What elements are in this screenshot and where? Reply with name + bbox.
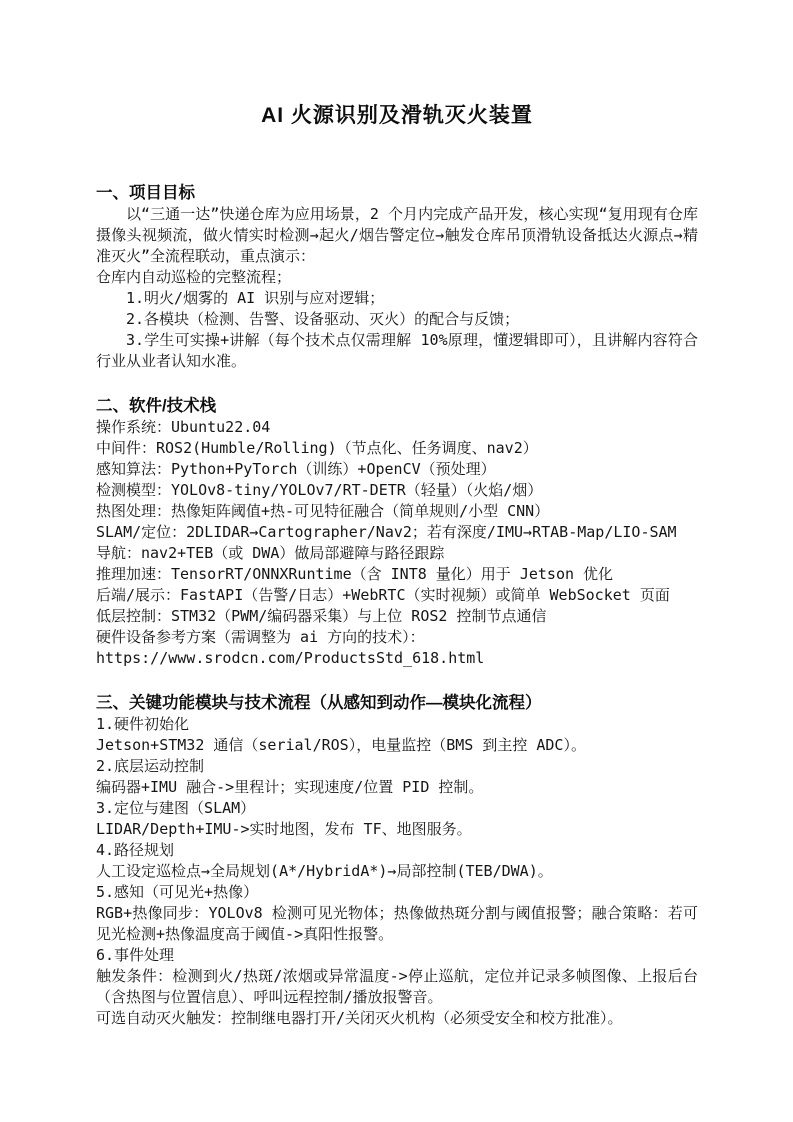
document-content: AI 火源识别及滑轨灭火装置 一、项目目标 以“三通一达”快递仓库为应用场景，2… <box>96 0 698 1029</box>
module-desc-event-handling: 触发条件：检测到火/热斑/浓烟或异常温度->停止巡航，定位并记录多帧图像、上报后… <box>96 966 698 1008</box>
module-desc-auto-extinguish: 可选自动灭火触发：控制继电器打开/关闭灭火机构（必须受安全和校方批准）。 <box>96 1008 698 1029</box>
module-title-path-planning: 4.路径规划 <box>96 840 698 861</box>
stack-line-slam: SLAM/定位：2DLIDAR→Cartographer/Nav2；若有深度/I… <box>96 522 698 543</box>
stack-line-backend: 后端/展示：FastAPI（告警/日志）+WebRTC（实时视频）或简单 Web… <box>96 585 698 606</box>
stack-line-low-level: 低层控制：STM32（PWM/编码器采集）与上位 ROS2 控制节点通信 <box>96 606 698 627</box>
section-software-stack: 二、软件/技术栈 操作系统：Ubuntu22.04 中间件：ROS2(Humbl… <box>96 396 698 669</box>
section-project-goals: 一、项目目标 以“三通一达”快递仓库为应用场景，2 个月内完成产品开发，核心实现… <box>96 183 698 372</box>
module-title-motion-control: 2.底层运动控制 <box>96 756 698 777</box>
hardware-reference-note: 硬件设备参考方案（需调整为 ai 方向的技术）： <box>96 627 698 648</box>
section-heading-project-goals: 一、项目目标 <box>96 183 698 204</box>
hardware-reference-url: https://www.srodcn.com/ProductsStd_618.h… <box>96 648 698 669</box>
numbered-item: 1.明火/烟雾的 AI 识别与应对逻辑； <box>96 288 698 309</box>
stack-line-os: 操作系统：Ubuntu22.04 <box>96 417 698 438</box>
section-key-modules: 三、关键功能模块与技术流程（从感知到动作—模块化流程） 1.硬件初始化 Jets… <box>96 693 698 1029</box>
stack-line-inference: 推理加速：TensorRT/ONNXRuntime（含 INT8 量化）用于 J… <box>96 564 698 585</box>
module-title-event-handling: 6.事件处理 <box>96 945 698 966</box>
module-title-perception: 5.感知（可见光+热像） <box>96 882 698 903</box>
module-desc-slam: LIDAR/Depth+IMU->实时地图，发布 TF、地图服务。 <box>96 819 698 840</box>
numbered-item: 2.各模块（检测、告警、设备驱动、灭火）的配合与反馈； <box>96 309 698 330</box>
module-desc-path-planning: 人工设定巡检点→全局规划(A*/HybridA*)→局部控制(TEB/DWA)。 <box>96 861 698 882</box>
module-title-slam: 3.定位与建图（SLAM） <box>96 798 698 819</box>
module-desc-perception: RGB+热像同步：YOLOv8 检测可见光物体；热像做热斑分割与阈值报警；融合策… <box>96 903 698 945</box>
module-desc-hardware-init: Jetson+STM32 通信（serial/ROS），电量监控（BMS 到主控… <box>96 735 698 756</box>
module-desc-motion-control: 编码器+IMU 融合->里程计；实现速度/位置 PID 控制。 <box>96 777 698 798</box>
body-paragraph: 以“三通一达”快递仓库为应用场景，2 个月内完成产品开发，核心实现“复用现有仓库… <box>96 204 698 267</box>
body-paragraph: 仓库内自动巡检的完整流程； <box>96 267 698 288</box>
stack-line-heatmap: 热图处理：热像矩阵阈值+热-可见特征融合（简单规则/小型 CNN） <box>96 501 698 522</box>
stack-line-navigation: 导航：nav2+TEB（或 DWA）做局部避障与路径跟踪 <box>96 543 698 564</box>
document-title: AI 火源识别及滑轨灭火装置 <box>96 103 698 129</box>
module-title-hardware-init: 1.硬件初始化 <box>96 714 698 735</box>
section-heading-key-modules: 三、关键功能模块与技术流程（从感知到动作—模块化流程） <box>96 693 698 714</box>
stack-line-detection-model: 检测模型：YOLOv8-tiny/YOLOv7/RT-DETR（轻量）（火焰/烟… <box>96 480 698 501</box>
stack-line-perception: 感知算法：Python+PyTorch（训练）+OpenCV（预处理） <box>96 459 698 480</box>
numbered-item: 3.学生可实操+讲解（每个技术点仅需理解 10%原理，懂逻辑即可），且讲解内容符… <box>96 330 698 372</box>
stack-line-middleware: 中间件：ROS2(Humble/Rolling)（节点化、任务调度、nav2） <box>96 438 698 459</box>
section-heading-software-stack: 二、软件/技术栈 <box>96 396 698 417</box>
document-page: AI 火源识别及滑轨灭火装置 一、项目目标 以“三通一达”快递仓库为应用场景，2… <box>0 0 793 1122</box>
